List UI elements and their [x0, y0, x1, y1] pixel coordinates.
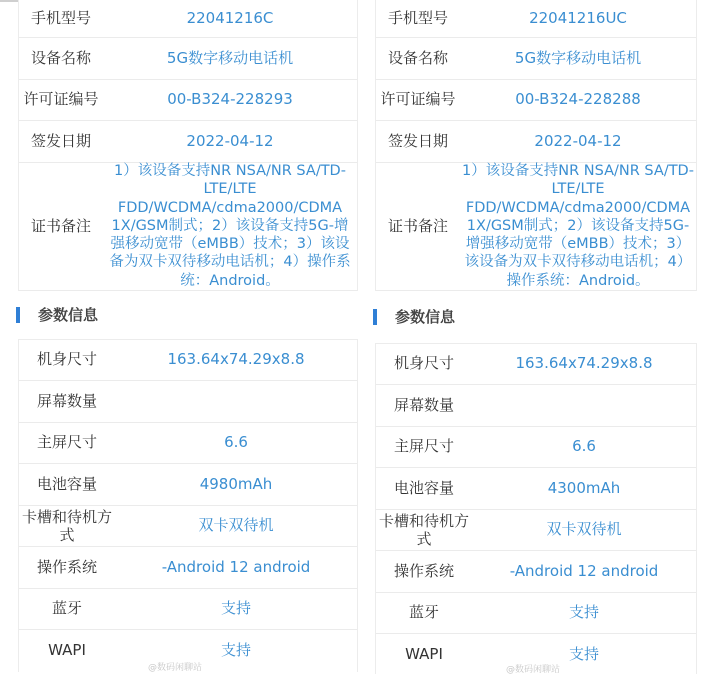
row-label: WAPI	[376, 645, 472, 664]
table-row: 手机型号 22041216C	[19, 0, 357, 38]
table-row: 设备名称 5G数字移动电话机	[376, 38, 696, 80]
section-title: 参数信息	[38, 304, 98, 325]
table-row: 主屏尺寸 6.6	[376, 427, 696, 469]
section-accent-bar	[373, 309, 377, 325]
row-value: 双卡双待机	[115, 516, 357, 535]
row-value: 22041216C	[103, 9, 357, 28]
table-row: 卡槽和待机方式 双卡双待机	[19, 506, 357, 548]
row-label: 证书备注	[19, 217, 103, 236]
table-row: 屏幕数量	[376, 385, 696, 427]
table-row: 签发日期 2022-04-12	[376, 121, 696, 163]
row-value: 6.6	[115, 433, 357, 452]
row-label: 电池容量	[376, 479, 472, 498]
row-value: 6.6	[472, 437, 696, 456]
row-label: 证书备注	[376, 217, 460, 236]
row-value: 00-B324-228288	[460, 90, 696, 109]
table-row: 机身尺寸 163.64x74.29x8.8	[376, 344, 696, 386]
row-label: 手机型号	[376, 9, 460, 28]
row-value: 5G数字移动电话机	[460, 49, 696, 68]
table-row: 电池容量 4980mAh	[19, 464, 357, 506]
table-row: 卡槽和待机方式 双卡双待机	[376, 510, 696, 552]
table-row: 蓝牙 支持	[19, 589, 357, 631]
table-row: 蓝牙 支持	[376, 593, 696, 635]
row-label: 蓝牙	[19, 599, 115, 618]
right-panel: 手机型号 22041216UC 设备名称 5G数字移动电话机 许可证编号 00-…	[375, 0, 697, 674]
row-label: 主屏尺寸	[376, 437, 472, 456]
table-row: 操作系统 -Android 12 android	[19, 547, 357, 589]
row-label: 蓝牙	[376, 603, 472, 622]
table-row: 机身尺寸 163.64x74.29x8.8	[19, 340, 357, 382]
row-value: 22041216UC	[460, 9, 696, 28]
section-header: 参数信息	[16, 291, 358, 339]
certificate-table: 手机型号 22041216C 设备名称 5G数字移动电话机 许可证编号 00-B…	[18, 0, 358, 291]
row-value: 4300mAh	[472, 479, 696, 498]
row-label: 屏幕数量	[376, 396, 472, 415]
certificate-table: 手机型号 22041216UC 设备名称 5G数字移动电话机 许可证编号 00-…	[375, 0, 697, 291]
params-table: 机身尺寸 163.64x74.29x8.8 屏幕数量 主屏尺寸 6.6 电池容量…	[375, 343, 697, 674]
row-label: 卡槽和待机方式	[19, 508, 115, 544]
row-label: 机身尺寸	[19, 350, 115, 369]
row-value: 支持	[472, 603, 696, 622]
row-value: 支持	[115, 599, 357, 618]
row-label: 手机型号	[19, 9, 103, 28]
row-value: -Android 12 android	[472, 562, 696, 581]
row-value: 1）该设备支持NR NSA/NR SA/TD-LTE/LTE FDD/WCDMA…	[460, 162, 696, 290]
section-title: 参数信息	[395, 306, 455, 327]
row-label: WAPI	[19, 641, 115, 660]
section-header: 参数信息	[373, 291, 697, 343]
table-row: 操作系统 -Android 12 android	[376, 551, 696, 593]
row-value: 4980mAh	[115, 475, 357, 494]
row-value: 163.64x74.29x8.8	[115, 350, 357, 369]
table-row: 许可证编号 00-B324-228288	[376, 80, 696, 122]
watermark: @数码闲聊站	[148, 660, 202, 673]
row-value: 163.64x74.29x8.8	[472, 354, 696, 373]
section-accent-bar	[16, 307, 20, 323]
table-row: 设备名称 5G数字移动电话机	[19, 38, 357, 80]
row-value: -Android 12 android	[115, 558, 357, 577]
row-label: 卡槽和待机方式	[376, 512, 472, 548]
row-label: 电池容量	[19, 475, 115, 494]
table-row: 手机型号 22041216UC	[376, 0, 696, 38]
row-label: 操作系统	[19, 558, 115, 577]
row-value: 5G数字移动电话机	[103, 49, 357, 68]
watermark: @数码闲聊站	[506, 662, 560, 674]
table-row: 签发日期 2022-04-12	[19, 121, 357, 163]
row-label: 设备名称	[376, 49, 460, 68]
row-value: 支持	[115, 641, 357, 660]
row-label: 机身尺寸	[376, 354, 472, 373]
row-label: 签发日期	[376, 132, 460, 151]
table-row: 电池容量 4300mAh	[376, 468, 696, 510]
row-label: 主屏尺寸	[19, 433, 115, 452]
row-label: 屏幕数量	[19, 392, 115, 411]
row-label: 许可证编号	[19, 90, 103, 109]
table-row: 许可证编号 00-B324-228293	[19, 80, 357, 122]
row-label: 操作系统	[376, 562, 472, 581]
params-table: 机身尺寸 163.64x74.29x8.8 屏幕数量 主屏尺寸 6.6 电池容量…	[18, 339, 358, 672]
left-panel: 手机型号 22041216C 设备名称 5G数字移动电话机 许可证编号 00-B…	[18, 0, 358, 672]
row-value: 2022-04-12	[460, 132, 696, 151]
row-label: 签发日期	[19, 132, 103, 151]
row-value: 2022-04-12	[103, 132, 357, 151]
row-value: 1）该设备支持NR NSA/NR SA/TD-LTE/LTE FDD/WCDMA…	[103, 162, 357, 290]
row-label: 设备名称	[19, 49, 103, 68]
table-row: 证书备注 1）该设备支持NR NSA/NR SA/TD-LTE/LTE FDD/…	[19, 163, 357, 291]
table-row: 屏幕数量	[19, 381, 357, 423]
table-row: 主屏尺寸 6.6	[19, 423, 357, 465]
row-value: 双卡双待机	[472, 520, 696, 539]
table-row: 证书备注 1）该设备支持NR NSA/NR SA/TD-LTE/LTE FDD/…	[376, 163, 696, 291]
row-value: 00-B324-228293	[103, 90, 357, 109]
row-label: 许可证编号	[376, 90, 460, 109]
